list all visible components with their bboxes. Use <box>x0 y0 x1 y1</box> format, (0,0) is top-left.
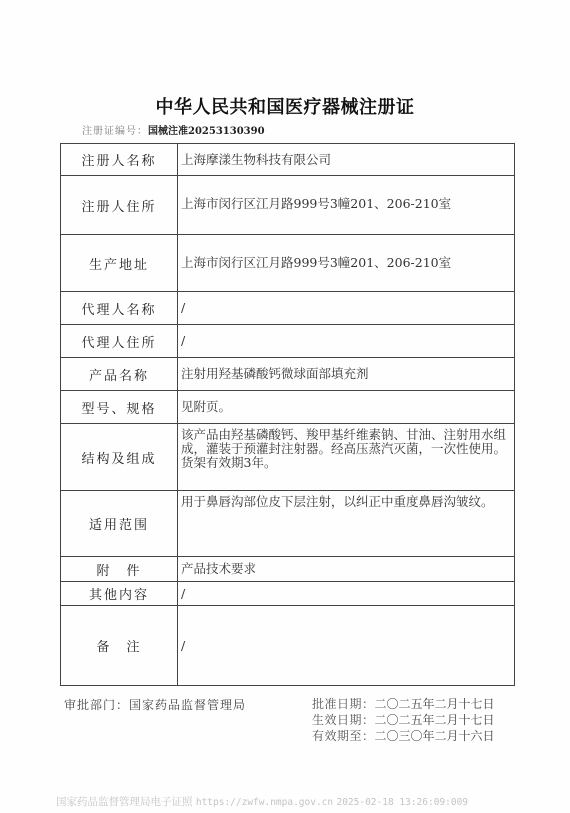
field-label: 其他内容 <box>61 582 178 606</box>
certificate-title: 中华人民共和国医疗器械注册证 <box>0 93 570 119</box>
field-label: 适用范围 <box>61 491 178 557</box>
field-value: 上海市闵行区江月路999号3幢201、206-210室 <box>178 235 515 292</box>
field-value: / <box>178 606 515 686</box>
field-label: 结构及组成 <box>61 424 178 491</box>
table-row-registrant-address: 注册人住所 上海市闵行区江月路999号3幢201、206-210室 <box>61 176 515 235</box>
approval-department-label: 审批部门： <box>64 698 129 712</box>
watermark-url: https://zwfw.nmpa.gov.cn <box>196 797 333 808</box>
approval-date-value: 二〇二五年二月十七日 <box>375 697 495 711</box>
approval-department: 审批部门：国家药品监督管理局 <box>64 696 246 713</box>
approval-date-label: 批准日期： <box>312 697 375 711</box>
field-value: / <box>178 582 515 606</box>
table-row-agent-address: 代理人住所 / <box>61 325 515 358</box>
table-row-production-address: 生产地址 上海市闵行区江月路999号3幢201、206-210室 <box>61 235 515 292</box>
table-row-structure-composition: 结构及组成 该产品由羟基磷酸钙、羧甲基纤维素钠、甘油、注射用水组成，灌装于预灌封… <box>61 424 515 491</box>
field-value: 上海市闵行区江月路999号3幢201、206-210室 <box>178 176 515 235</box>
field-label: 产品名称 <box>61 358 178 391</box>
approval-department-value: 国家药品监督管理局 <box>129 698 246 712</box>
e-license-watermark: 国家药品监督管理局电子证照 https://zwfw.nmpa.gov.cn 2… <box>56 794 468 809</box>
table-row-product-name: 产品名称 注射用羟基磷酸钙微球面部填充剂 <box>61 358 515 391</box>
approval-date: 批准日期：二〇二五年二月十七日 <box>312 696 495 712</box>
field-value: 用于鼻唇沟部位皮下层注射，以纠正中重度鼻唇沟皱纹。 <box>178 491 515 557</box>
field-value: 见附页。 <box>178 391 515 424</box>
field-value: 产品技术要求 <box>178 557 515 582</box>
dates-block: 批准日期：二〇二五年二月十七日 生效日期：二〇二五年二月十七日 有效期至：二〇三… <box>312 696 495 744</box>
valid-until: 有效期至：二〇三〇年二月十六日 <box>312 728 495 744</box>
field-label: 注册人名称 <box>61 144 178 176</box>
certificate-table: 注册人名称 上海摩漾生物科技有限公司 注册人住所 上海市闵行区江月路999号3幢… <box>60 143 515 686</box>
field-label: 代理人名称 <box>61 292 178 325</box>
field-label: 备 注 <box>61 606 178 686</box>
effective-date: 生效日期：二〇二五年二月十七日 <box>312 712 495 728</box>
field-value: 上海摩漾生物科技有限公司 <box>178 144 515 176</box>
effective-date-value: 二〇二五年二月十七日 <box>375 713 495 727</box>
valid-until-label: 有效期至： <box>312 729 375 743</box>
field-label: 注册人住所 <box>61 176 178 235</box>
table-row-model-spec: 型号、规格 见附页。 <box>61 391 515 424</box>
field-label: 代理人住所 <box>61 325 178 358</box>
table-row-other-content: 其他内容 / <box>61 582 515 606</box>
table-row-agent-name: 代理人名称 / <box>61 292 515 325</box>
field-label: 型号、规格 <box>61 391 178 424</box>
field-label: 附 件 <box>61 557 178 582</box>
field-label: 生产地址 <box>61 235 178 292</box>
table-row-scope-of-application: 适用范围 用于鼻唇沟部位皮下层注射，以纠正中重度鼻唇沟皱纹。 <box>61 491 515 557</box>
registration-number-label: 注册证编号： <box>82 126 148 137</box>
table-row-remarks: 备 注 / <box>61 606 515 686</box>
field-value: 该产品由羟基磷酸钙、羧甲基纤维素钠、甘油、注射用水组成，灌装于预灌封注射器。经高… <box>178 424 515 491</box>
valid-until-value: 二〇三〇年二月十六日 <box>375 729 495 743</box>
table-row-attachments: 附 件 产品技术要求 <box>61 557 515 582</box>
field-value: 注射用羟基磷酸钙微球面部填充剂 <box>178 358 515 391</box>
effective-date-label: 生效日期： <box>312 713 375 727</box>
field-value: / <box>178 325 515 358</box>
watermark-issuer: 国家药品监督管理局电子证照 <box>56 796 193 808</box>
registration-number-line: 注册证编号：国械注准20253130390 <box>82 122 265 137</box>
registration-number: 国械注准20253130390 <box>148 126 265 137</box>
watermark-timestamp: 2025-02-18 13:26:09:009 <box>336 797 468 808</box>
table-row-registrant-name: 注册人名称 上海摩漾生物科技有限公司 <box>61 144 515 176</box>
field-value: / <box>178 292 515 325</box>
